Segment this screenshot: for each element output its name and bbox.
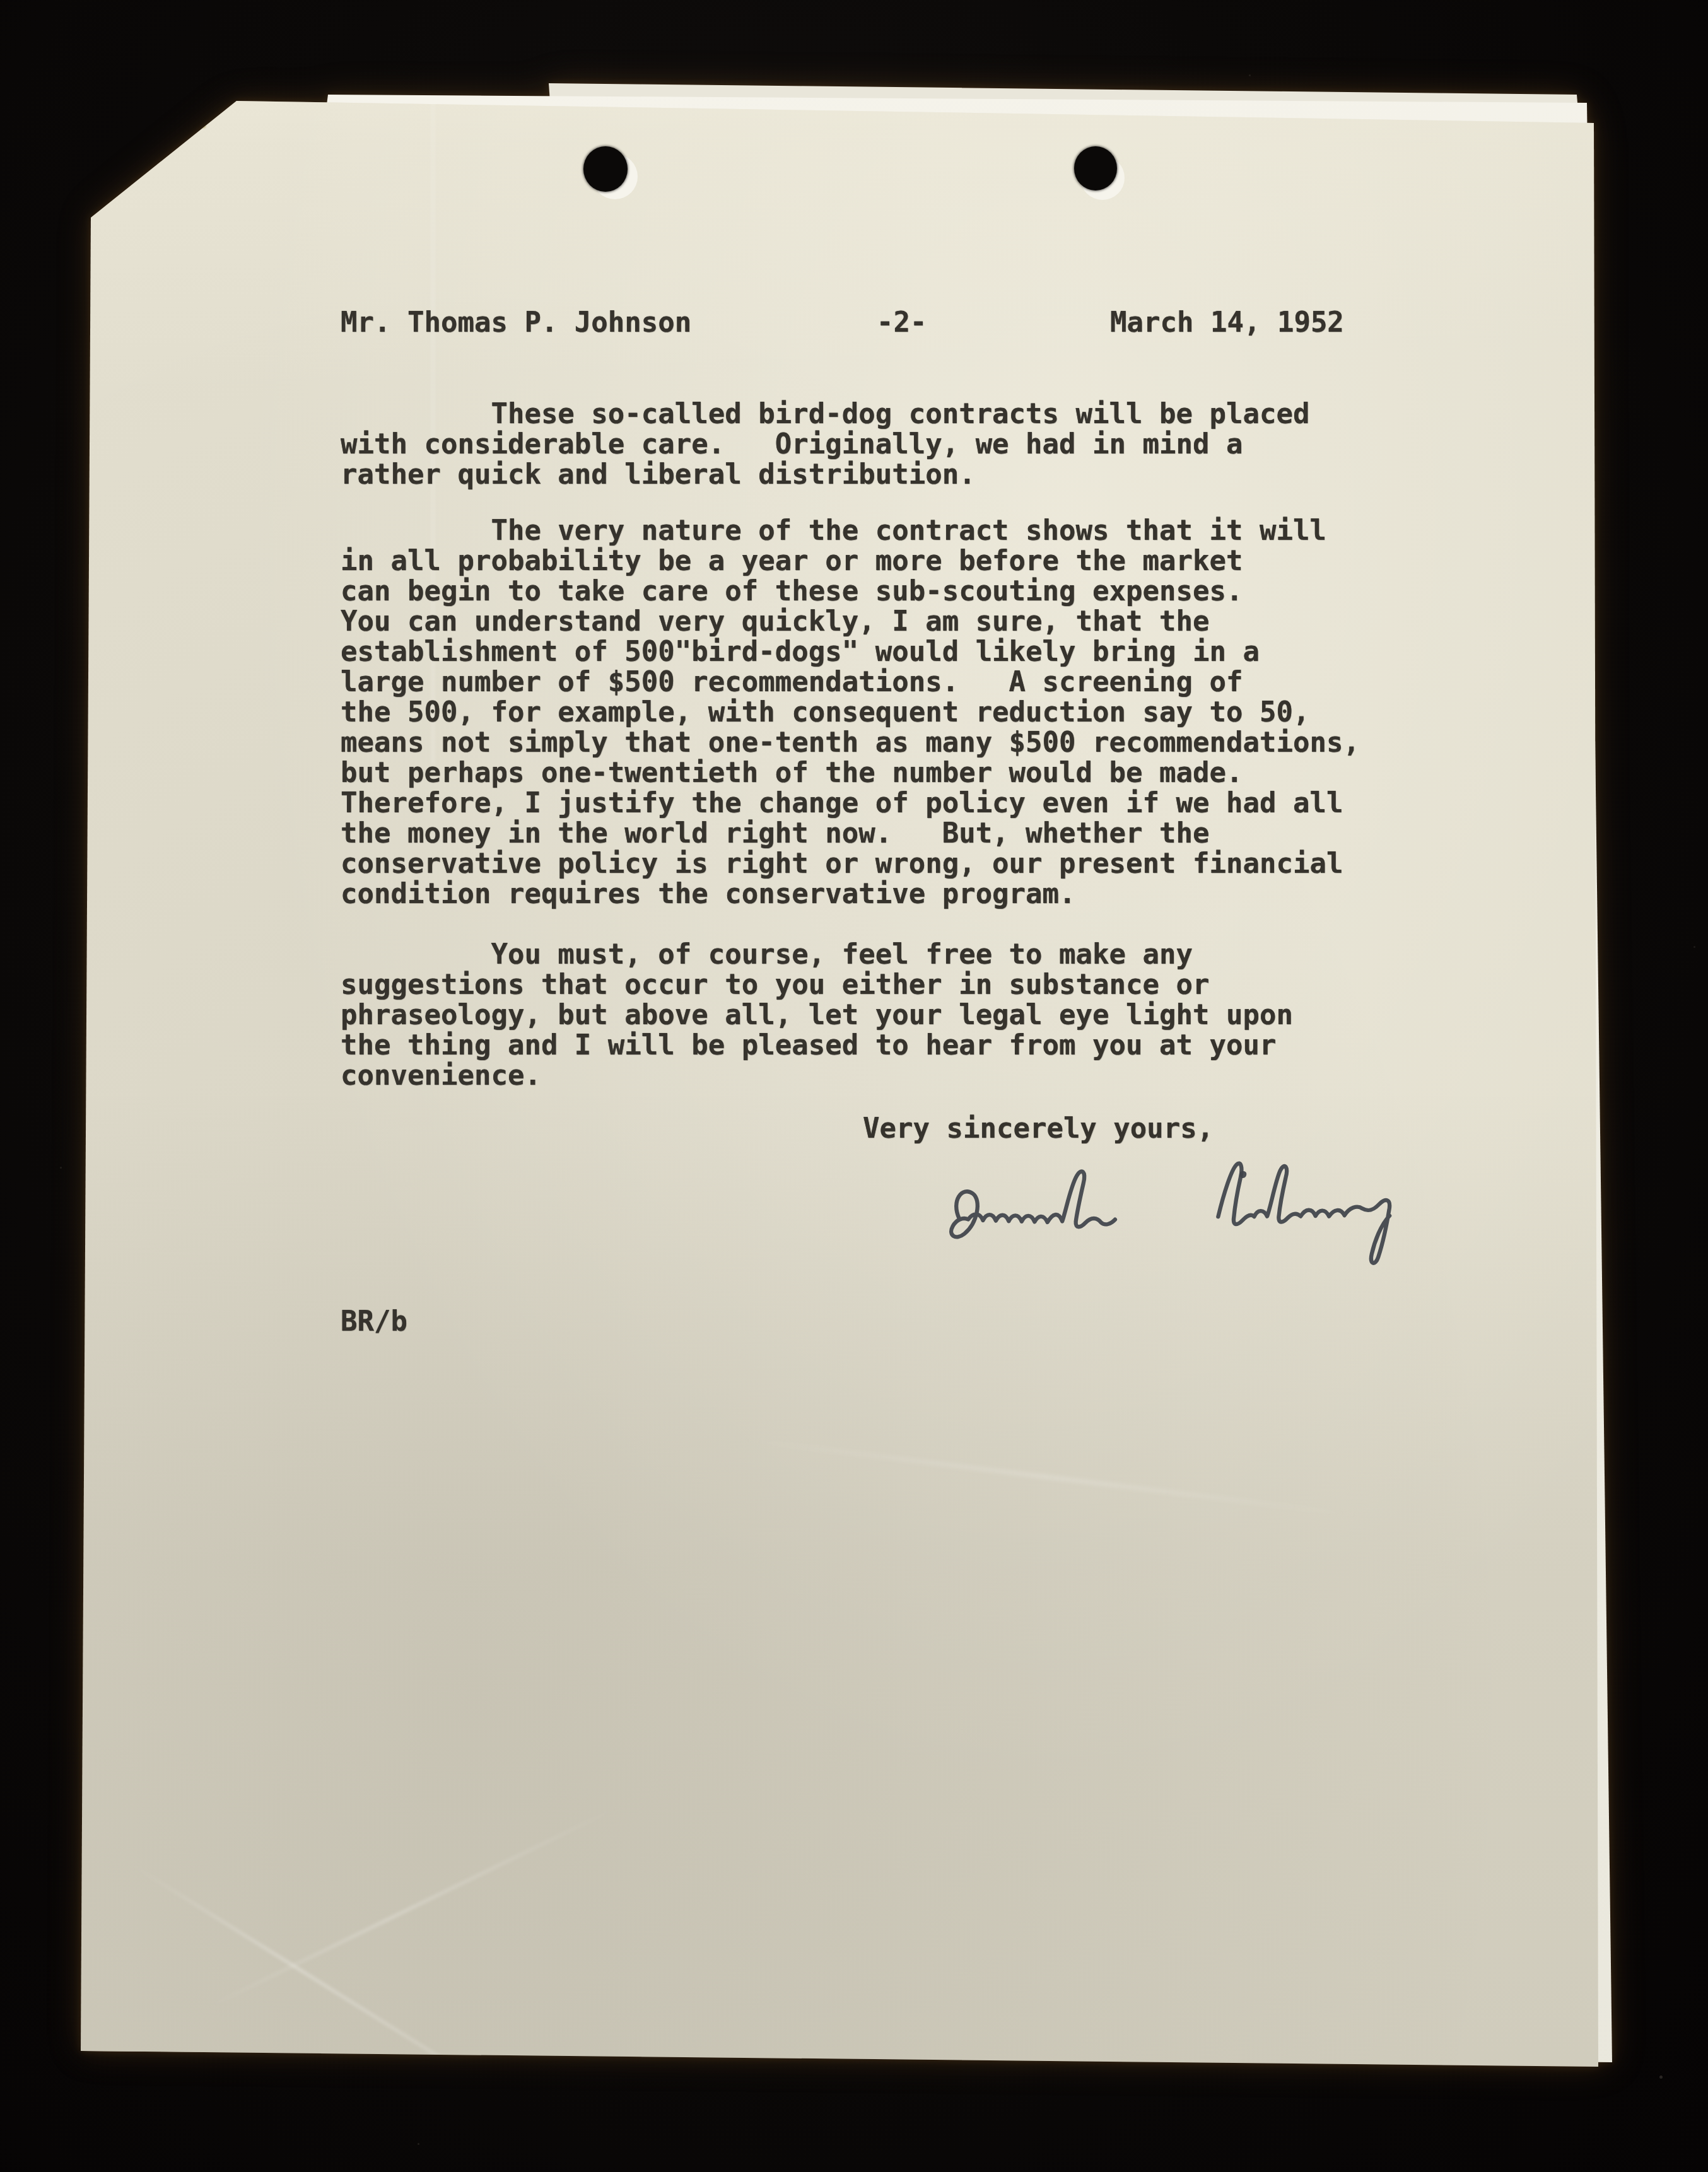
signature-i-dot: [1242, 1173, 1245, 1176]
paper-crease: [132, 1864, 604, 2161]
punch-hole-left: [592, 154, 638, 199]
punch-hole-right-opening: [1074, 146, 1117, 190]
typist-initials: BR/b: [341, 1307, 407, 1337]
paper-crease: [208, 1807, 617, 2009]
paper-crease: [744, 1438, 1358, 1517]
punch-hole-right: [1080, 156, 1125, 200]
paragraph-3: You must, of course, feel free to make a…: [341, 940, 1293, 1091]
paragraph-2: The very nature of the contract shows th…: [341, 516, 1360, 909]
header-addressee: Mr. Thomas P. Johnson: [341, 308, 691, 338]
signature-branch-rickey: [916, 1136, 1443, 1295]
paragraph-1: These so-called bird-dog contracts will …: [341, 399, 1309, 490]
header-page-number: -2-: [877, 308, 927, 338]
complimentary-closing: Very sincerely yours,: [863, 1114, 1214, 1144]
signature-stroke-first-name: [950, 1171, 1115, 1237]
punch-hole-left-opening: [583, 146, 628, 192]
header-date: March 14, 1952: [1110, 308, 1344, 338]
paper-speck: [201, 124, 206, 128]
paper-stack: Mr. Thomas P. Johnson -2- March 14, 1952…: [0, 0, 1708, 2172]
letter-page: Mr. Thomas P. Johnson -2- March 14, 1952…: [0, 0, 1708, 2172]
